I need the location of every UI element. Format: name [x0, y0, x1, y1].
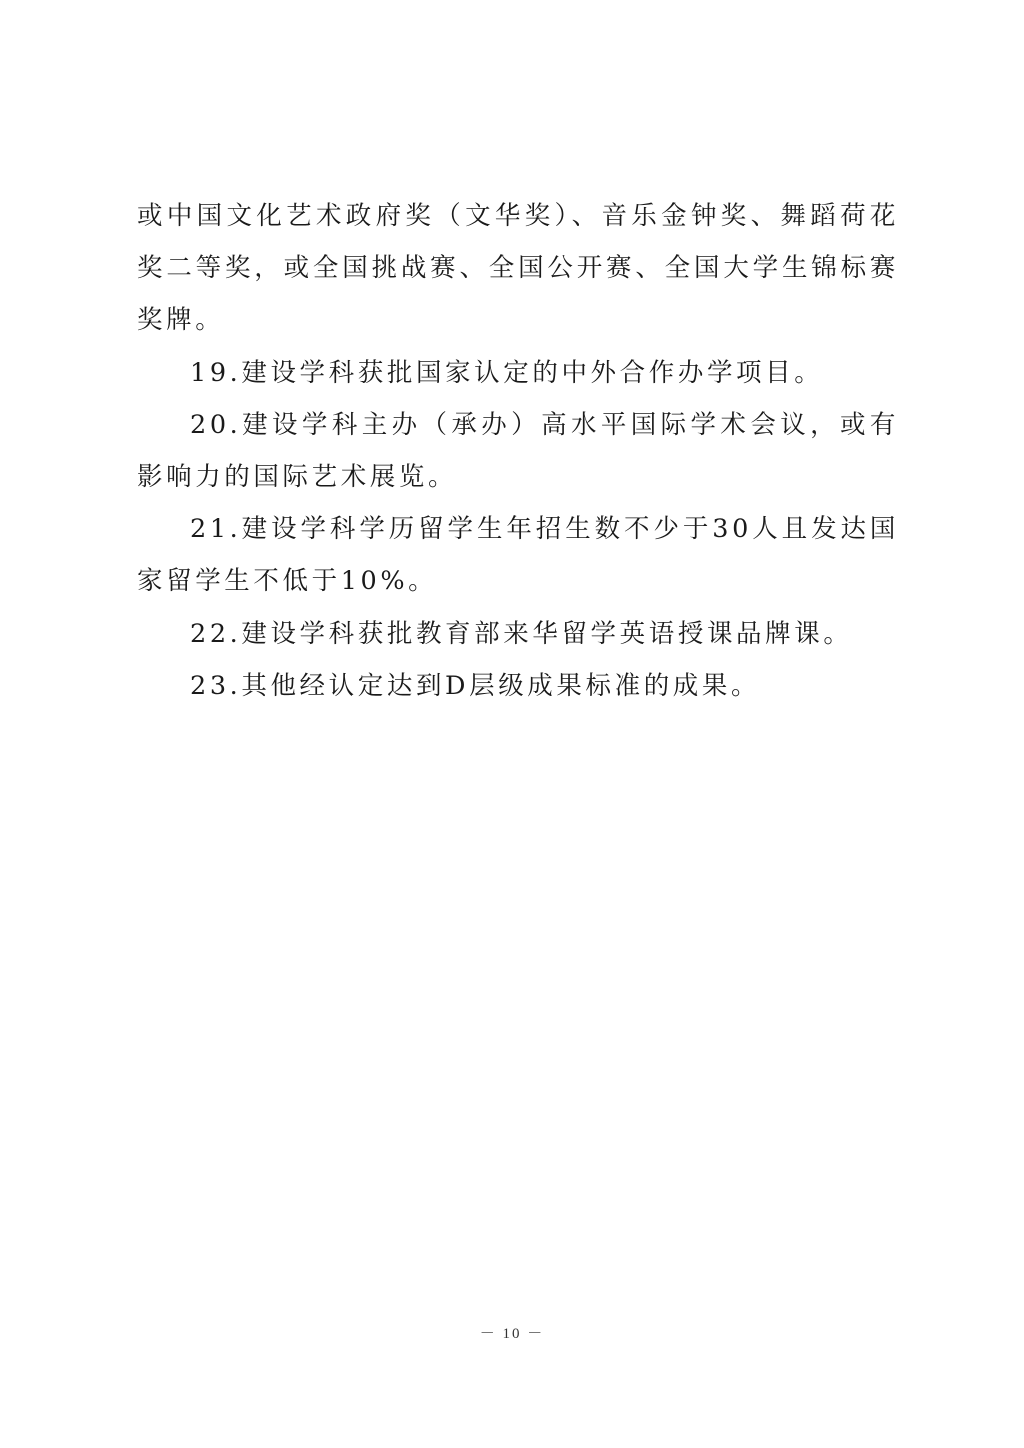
paragraph-item-22: 22.建设学科获批教育部来华留学英语授课品牌课。: [137, 608, 899, 660]
paragraph-item-19: 19.建设学科获批国家认定的中外合作办学项目。: [137, 347, 899, 399]
page-number: － 10 －: [0, 1322, 1024, 1343]
paragraph-continuation-item-18: 或中国文化艺术政府奖（文华奖）、音乐金钟奖、舞蹈荷花奖二等奖，或全国挑战赛、全国…: [137, 190, 899, 347]
document-body: 或中国文化艺术政府奖（文华奖）、音乐金钟奖、舞蹈荷花奖二等奖，或全国挑战赛、全国…: [137, 190, 899, 712]
paragraph-item-23: 23.其他经认定达到D层级成果标准的成果。: [137, 660, 899, 712]
paragraph-item-20: 20.建设学科主办（承办）高水平国际学术会议，或有影响力的国际艺术展览。: [137, 399, 899, 503]
paragraph-item-21: 21.建设学科学历留学生年招生数不少于30人且发达国家留学生不低于10%。: [137, 503, 899, 607]
